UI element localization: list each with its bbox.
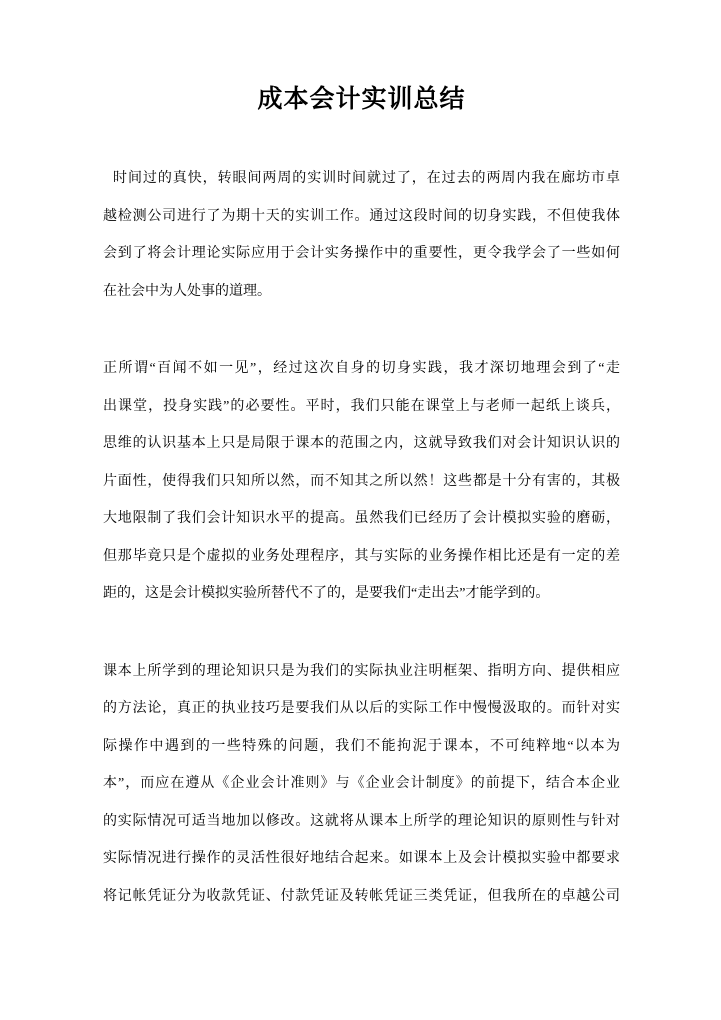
paragraph-intro: 时间过的真快，转眼间两周的实训时间就过了，在过去的两周内我在廊坊市卓 越检测公司… xyxy=(103,160,620,310)
text-line: 片面性，使得我们只知所以然，而不知其之所以然！这些都是十分有害的，其极 xyxy=(103,463,620,501)
text-line: 但那毕竟只是个虚拟的业务处理程序，其与实际的业务操作相比还是有一定的差 xyxy=(103,538,620,576)
text-line: 正所谓“百闻不如一见”，经过这次自身的切身实践，我才深切地理会到了“走 xyxy=(103,350,620,388)
text-line: 大地限制了我们会计知识水平的提高。虽然我们已经历了会计模拟实验的磨砺， xyxy=(103,500,620,538)
text-line: 将记帐凭证分为收款凭证、付款凭证及转帐凭证三类凭证，但我所在的卓越公司 xyxy=(103,878,620,916)
paragraph-practice-insight: 正所谓“百闻不如一见”，经过这次自身的切身实践，我才深切地理会到了“走 出课堂，… xyxy=(103,350,620,613)
text-line: 距的，这是会计模拟实验所替代不了的，是要我们“走出去”才能学到的。 xyxy=(103,575,620,613)
text-line: 的实际情况可适当地加以修改。这就将从课本上所学的理论知识的原则性与针对 xyxy=(103,803,620,841)
text-line: 会到了将会计理论实际应用于会计实务操作中的重要性，更令我学会了一些如何 xyxy=(103,235,620,273)
document-title: 成本会计实训总结 xyxy=(103,85,620,115)
paragraph-theory-vs-practice: 课本上所学到的理论知识只是为我们的实际执业注明框架、指明方向、提供相应 的方法论… xyxy=(103,653,620,916)
text-line: 思维的认识基本上只是局限于课本的范围之内，这就导致我们对会计知识认识的 xyxy=(103,425,620,463)
text-line: 出课堂，投身实践”的必要性。平时，我们只能在课堂上与老师一起纸上谈兵， xyxy=(103,388,620,426)
text-line: 在社会中为人处事的道理。 xyxy=(103,273,620,311)
text-line: 实际情况进行操作的灵活性很好地结合起来。如课本上及会计模拟实验中都要求 xyxy=(103,840,620,878)
text-line: 时间过的真快，转眼间两周的实训时间就过了，在过去的两周内我在廊坊市卓 xyxy=(103,160,620,198)
text-line: 课本上所学到的理论知识只是为我们的实际执业注明框架、指明方向、提供相应 xyxy=(103,653,620,691)
document-page: 成本会计实训总结 时间过的真快，转眼间两周的实训时间就过了，在过去的两周内我在廊… xyxy=(0,0,721,1020)
text-line: 际操作中遇到的一些特殊的问题，我们不能拘泥于课本，不可纯粹地“以本为 xyxy=(103,728,620,766)
text-line: 越检测公司进行了为期十天的实训工作。通过这段时间的切身实践，不但使我体 xyxy=(103,198,620,236)
text-line: 本”，而应在遵从《企业会计准则》与《企业会计制度》的前提下，结合本企业 xyxy=(103,765,620,803)
text-line: 的方法论，真正的执业技巧是要我们从以后的实际工作中慢慢汲取的。而针对实 xyxy=(103,690,620,728)
